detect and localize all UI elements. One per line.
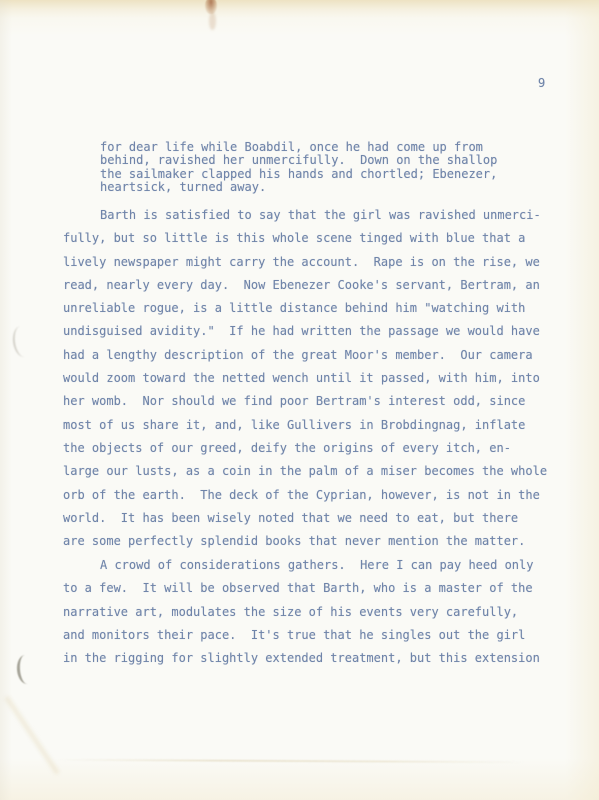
text-line: fully, but so little is this whole scene…: [63, 227, 547, 250]
text-line: read, nearly every day. Now Ebenezer Coo…: [63, 274, 547, 297]
paper-edge-right: [565, 0, 599, 800]
text-line: lively newspaper might carry the account…: [63, 251, 547, 274]
text-line: world. It has been wisely noted that we …: [63, 507, 547, 530]
text-line: for dear life while Boabdil, once he had…: [100, 141, 497, 154]
text-line: would zoom toward the netted wench until…: [63, 367, 547, 390]
text-line: are some perfectly splendid books that n…: [63, 530, 547, 553]
text-line: large our lusts, as a coin in the palm o…: [63, 460, 547, 483]
text-line: in the rigging for slightly extended tre…: [63, 647, 540, 670]
text-line: had a lengthy description of the great M…: [63, 344, 547, 367]
text-line: narrative art, modulates the size of his…: [63, 601, 540, 624]
block-quote: for dear life while Boabdil, once he had…: [100, 141, 497, 194]
crease-line-diagonal: [5, 696, 60, 775]
stain-mark-tail: [209, 12, 216, 30]
text-line: the sailmaker clapped his hands and chor…: [100, 168, 497, 181]
text-line: most of us share it, and, like Gullivers…: [63, 414, 547, 437]
text-line: heartsick, turned away.: [100, 181, 497, 194]
page-curl-mark: [11, 325, 34, 358]
text-line: orb of the earth. The deck of the Cypria…: [63, 484, 547, 507]
crease-line-bottom: [55, 759, 525, 763]
text-line: and monitors their pace. It's true that …: [63, 624, 540, 647]
text-line: undisguised avidity." If he had written …: [63, 320, 547, 343]
text-line: the objects of our greed, deify the orig…: [63, 437, 547, 460]
paragraph-1: Barth is satisfied to say that the girl …: [63, 204, 547, 553]
text-line: to a few. It will be observed that Barth…: [63, 577, 540, 600]
pencil-crescent-mark: [16, 654, 36, 684]
paragraph-2: A crowd of considerations gathers. Here …: [63, 554, 540, 670]
paper-edge-left: [0, 0, 12, 800]
paper-edge-bottom: [0, 758, 599, 800]
text-line: Barth is satisfied to say that the girl …: [63, 204, 547, 227]
text-line: A crowd of considerations gathers. Here …: [63, 554, 540, 577]
page-number: 9: [538, 76, 545, 90]
text-line: unreliable rogue, is a little distance b…: [63, 297, 547, 320]
paper-edge-top: [0, 0, 599, 36]
text-line: her womb. Nor should we find poor Bertra…: [63, 390, 547, 413]
text-line: behind, ravished her unmercifully. Down …: [100, 154, 497, 167]
scanned-page: 9 for dear life while Boabdil, once he h…: [0, 0, 599, 800]
